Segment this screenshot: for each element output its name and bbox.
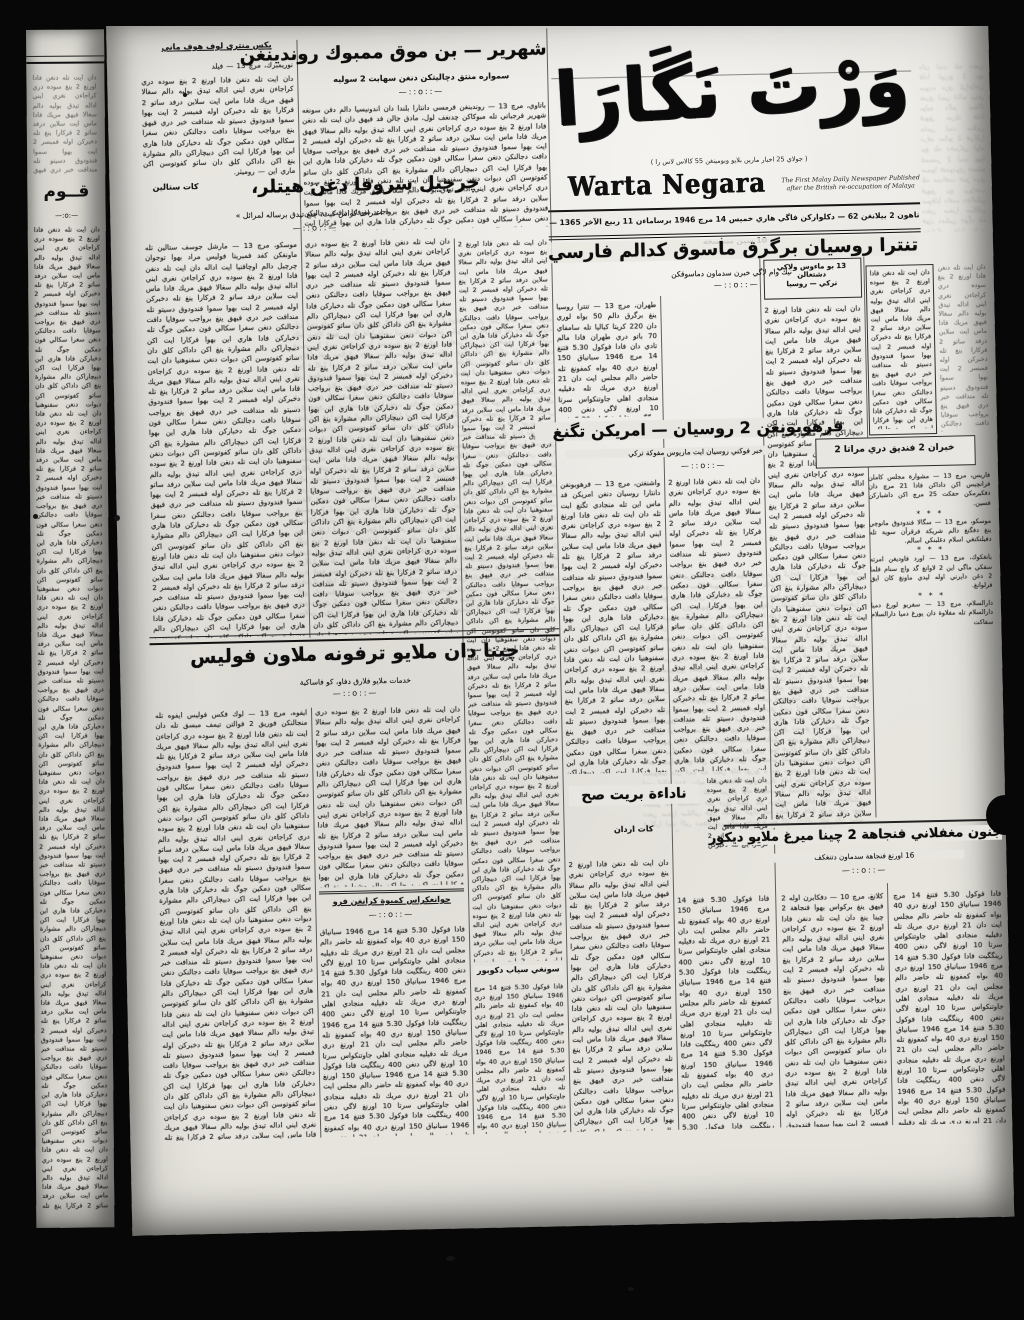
turkey-russia-box-line1: 13 بو ماءوس ولاكي دشتغالن [764, 262, 858, 280]
penjahat-subhead: 16 اورنغ فنجاهة سدماون دتنغكف [764, 849, 964, 862]
penjahat-body-col2: فادا فوكول 5.30 فتنغ 14 مرچ 1946 سبانياق… [893, 889, 1006, 1125]
scan-speck [446, 1256, 455, 1261]
strip-top-rule [26, 55, 104, 64]
russia-persia-body: طهران، مرچ 13 — تنترا روسيا ينغ برگرق دا… [556, 300, 659, 418]
centre-column-text: دان ايت تله دنغن فادا اورنغ 2 ينغ سوده د… [458, 238, 563, 962]
turkey-russia-box-line2: تركي — روسيا [765, 279, 859, 289]
adjacent-page-strip: دان ايت تله دنغن فادا اورنغ 2 ينغ سوده د… [26, 29, 114, 1228]
scan-speck [183, 93, 187, 97]
column-rule [774, 828, 782, 1128]
scan-speck [33, 514, 38, 519]
kampung-subhead: جوانغكراس كمبوة كرانغن فرو [319, 894, 464, 906]
nadaah-body-col1: دان ايت تله دنغن فادا اورنغ 2 ينغ سوده د… [568, 858, 674, 1132]
brief-item: بانغكوك، مرچ 13 — اورد فاوديغن امرته سفك… [870, 553, 993, 592]
right-top-box-text: دان ايت تله دنغن فادا اورنغ 2 ينغ سوده د… [870, 268, 933, 429]
kampung-body: فادا فوكول 5.30 فتنغ 14 مرچ 1946 سبانياق… [320, 924, 470, 1137]
briefs-head-box: خبران 2 فنديق دري مراتا 2 [815, 435, 976, 468]
brief-item: موسكو، مرچ 13 — سگالا فندودوق مانوچي ينغ… [869, 517, 992, 547]
column-rule [887, 883, 893, 1125]
cina-divider: —::o::— [326, 688, 386, 698]
turkey-russia-box: 13 بو ماءوس ولاكي دشتغالن تركي — روسيا [763, 258, 862, 300]
strip-column-text: دان ايت تله دنغن فادا اورنغ 2 ينغ سوده د… [34, 225, 109, 1211]
churchill-tag: كات ستالين [145, 182, 205, 192]
sjahrir-divider: —::o::— [395, 87, 447, 97]
column-f-text: دان ايت تله دنغن فادا اورنغ 2 ينغ سوده د… [764, 304, 871, 820]
churchill-body-col2: دان ايت تله دنغن فادا اورنغ 2 ينغ سوده د… [305, 237, 459, 636]
brief-item: دارالسلام، مرچ 13 — سفربو لورغ دميا دارا… [871, 599, 994, 629]
centre-column-text-2: فادا فوكول 5.30 فتنغ 14 مرچ 1946 سبانياق… [474, 982, 566, 1134]
sjahrir-headline: شهرير — بن موق ممبوك روندينغن [294, 38, 546, 64]
russia-america-divider: —::o::— [674, 460, 734, 470]
ex-minister-body: دان ايت تله دنغن فادا اورنغ 2 ينغ سوده د… [141, 74, 295, 169]
kampung-divider: —::o::— [361, 909, 421, 919]
masthead-jawi-calligraphy: وَرْتَ نَگَارَا [542, 14, 921, 167]
newspaper-page: دان ايت تله دنغن فادا اورنغ 2 ينغ سوده د… [106, 5, 1014, 1236]
russia-america-body-col2: دان ايت تله دنغن فادا اورنغ 2 ينغ سوده د… [668, 476, 766, 772]
strip-divider: —:o:— [36, 211, 98, 220]
newspaper-scan: دان ايت تله دنغن فادا اورنغ 2 ينغ سوده د… [0, 0, 1024, 1320]
penjahat-body-col1: كلانغ، مرچ 10 — دفكابرن اوله 2 فيهق ينغ … [781, 891, 888, 1127]
churchill-body-col1: موسكو، مرچ 13 — مارشل جوسف ستالين تله ما… [145, 240, 306, 639]
briefs-head: خبران 2 فنديق دري مراتا 2 [816, 442, 972, 455]
penjahat-divider: —::o::— [835, 865, 895, 875]
binder-notch [986, 795, 1024, 835]
scan-top-black-band [0, 0, 1024, 26]
scan-speck [628, 1287, 634, 1291]
cina-body-col2: دان ايت تله دنغن فادا اورنغ 2 ينغ سوده د… [315, 704, 464, 887]
russia-persia-divider: —::o::— [707, 280, 767, 290]
briefs-column: فاريس، مرچ 13 — مشوارة مجلس كاملن فرانچي… [868, 471, 997, 818]
strip-ghost-text: دان ايت تله دنغن فادا اورنغ 2 ينغ سوده د… [32, 73, 97, 174]
masthead-slogan: The First Malay Daily Newspaper Publishe… [778, 174, 924, 192]
masthead-latin-title: Warta Negara [561, 166, 772, 203]
nadaah-tag: كات اردان [584, 824, 684, 835]
nadaah-body-col2: فادا فوكول 5.30 فتنغ 14 مرچ 1946 سبانياق… [677, 894, 774, 1130]
cina-body-col1: ايفوه، مرچ 13 — لوك فكس فوليس ايفوه تله … [155, 708, 316, 1141]
scan-speck [114, 515, 120, 521]
nadaah-headline: ناداءة بريت صح [569, 783, 699, 806]
kampung-box-rule [319, 888, 464, 894]
slogan-line-2: after the British re-occupation of Malay… [787, 182, 915, 192]
churchill-divider: —::o::— [285, 223, 345, 233]
right-edge-faint-text: دان ايت تله دنغن فادا اورنغ 2 ينغ سوده د… [937, 263, 989, 432]
cina-subhead: خدمات ملايو فلارق دفاو، كو فاساكية [230, 674, 480, 688]
russia-america-body-col1: واشنغتن، مرچ 13 — فرهوبونغن دانتارا روسي… [560, 478, 666, 774]
brief-item: فاريس، مرچ 13 — مشوارة مجلس كاملن فرانچي… [868, 471, 991, 510]
sjahrir-subhead: سمواره منتق دچاليتكن دنغن سهابت 2 سوليه [305, 71, 537, 85]
right-top-box: دان ايت تله دنغن فادا اورنغ 2 ينغ سوده د… [865, 264, 937, 435]
strip-section-heading: قــوم [35, 181, 97, 202]
sungai-subhead: سونغي سياب دكوبور [474, 964, 563, 975]
corner-ghost-stamp: دان ايت تله دنغن فادا اورنغ 2 ينغ سوده د… [919, 61, 987, 232]
